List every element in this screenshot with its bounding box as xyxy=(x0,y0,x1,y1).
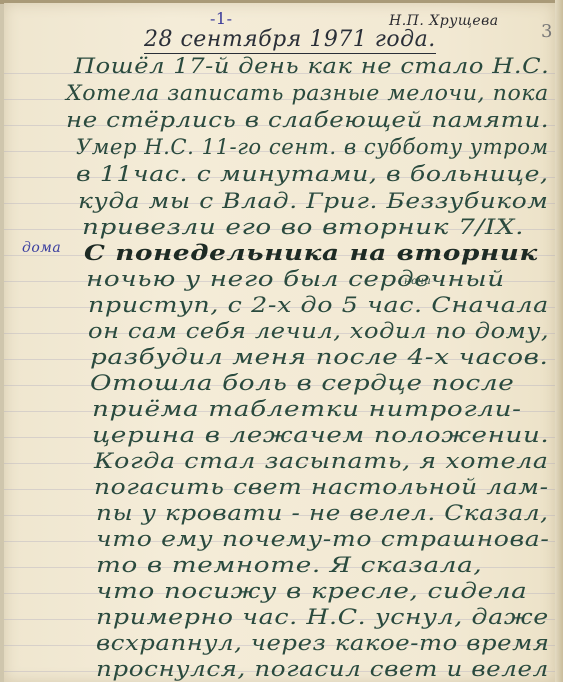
text-line-23: всхрапнул, через какое-то время xyxy=(96,631,550,655)
text-line-9: ночью у него был сердечный xyxy=(86,267,505,291)
margin-note: дома xyxy=(22,240,61,256)
text-line-24: проснулся, погасил свет и велел xyxy=(96,657,549,681)
text-line-10: приступ, с 2-х до 5 час. Сначала xyxy=(88,293,549,317)
text-line-21: что посижу в кресле, сидела xyxy=(96,579,527,603)
text-line-15: церина в лежачем положении. xyxy=(92,423,549,447)
text-line-18: пы у кровати - не велел. Сказал, xyxy=(96,501,549,525)
text-line-16: Когда стал засыпать, я хотела xyxy=(94,449,549,473)
text-line-3: не стёрлись в слабеющей памяти. xyxy=(66,108,549,132)
text-line-14: приёма таблетки нитрогли- xyxy=(92,397,522,421)
text-line-19: что ему почему-то страшнова- xyxy=(96,527,550,551)
text-line-5: в 11час. с минутами, в больнице, xyxy=(76,162,549,186)
text-line-12: разбудил меня после 4-х часов. xyxy=(90,345,549,369)
text-line-17: погасить свет настольной лам- xyxy=(94,475,549,499)
notebook-right-edge xyxy=(555,0,563,682)
text-line-6: куда мы с Влад. Григ. Беззубиком xyxy=(78,189,548,213)
text-line-13: Отошла боль в сердце после xyxy=(90,371,514,395)
text-line-8: С понедельника на вторник xyxy=(84,241,538,265)
text-line-11: он сам себя лечил, ходил по дому, xyxy=(88,319,549,343)
text-line-20: то в темноте. Я сказала, xyxy=(96,553,482,577)
text-line-2: Хотела записать разные мелочи, пока xyxy=(66,81,549,105)
date-heading: 28 сентября 1971 года. xyxy=(144,27,436,54)
notebook-page: -1- Н.П. Хрущева 3 28 сентября 1971 года… xyxy=(4,3,558,682)
page-number-top: -1- xyxy=(210,9,233,28)
text-line-22: примерно час. Н.С. уснул, даже xyxy=(96,605,549,629)
text-line-7: привезли его во вторник 7/IX. xyxy=(82,215,524,239)
text-line-4: Умер Н.С. 11-го сент. в субботу утром xyxy=(76,135,549,159)
sheet-number: 3 xyxy=(541,21,553,42)
text-line-1: Пошёл 17-й день как не стало Н.С. xyxy=(74,54,549,78)
